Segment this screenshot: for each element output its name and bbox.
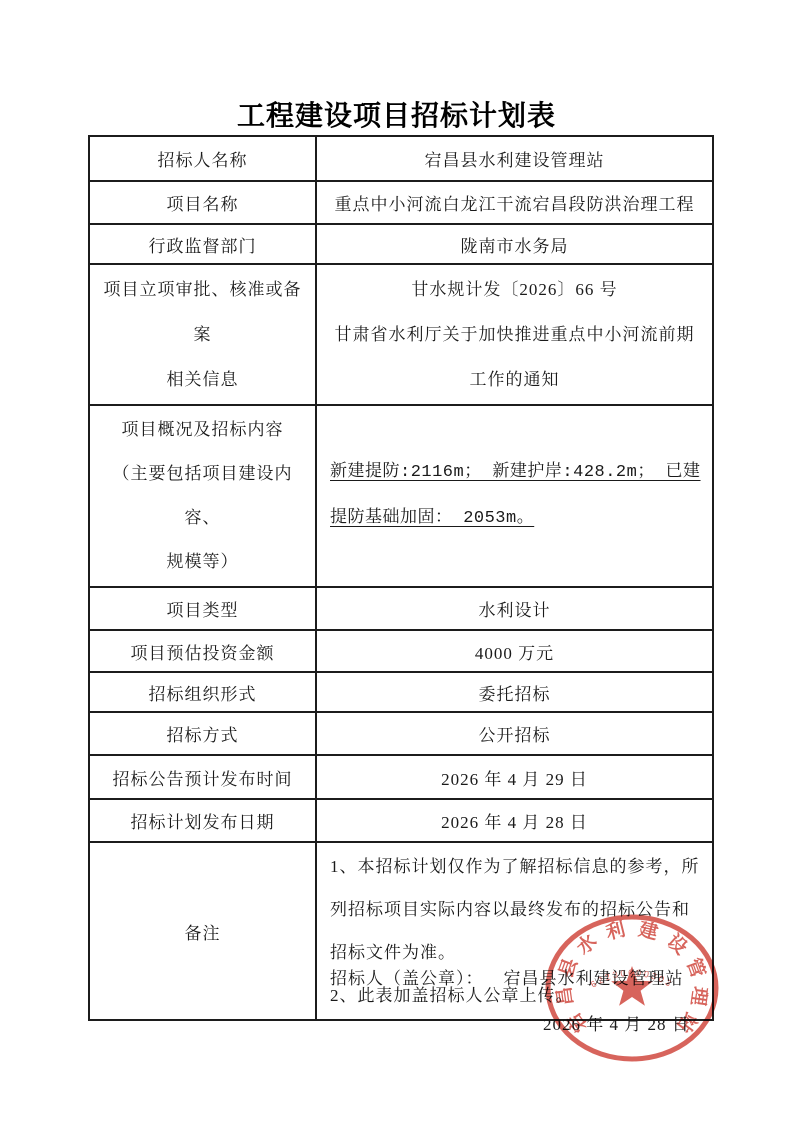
row-value: 水利设计 [316,587,713,630]
table-row: 项目概况及招标内容 （主要包括项目建设内容、 规模等） 新建提防:2116m； … [89,405,713,587]
row-label: 项目预估投资金额 [89,630,316,672]
row-value: 1、本招标计划仅作为了解招标信息的参考，所列招标项目实际内容以最终发布的招标公告… [316,842,713,1020]
label-line: （主要包括项目建设内容、 [95,452,310,540]
value-line: 甘水规计发〔2026〕66 号 [327,267,702,312]
value-line: 甘肃省水利厅关于加快推进重点中小河流前期工作的通知 [327,312,702,402]
table-row: 行政监督部门 陇南市水务局 [89,224,713,264]
row-label: 备注 [89,842,316,1020]
row-label: 招标方式 [89,712,316,755]
row-label: 行政监督部门 [89,224,316,264]
table-row: 项目类型 水利设计 [89,587,713,630]
table-row: 招标人名称 宕昌县水利建设管理站 [89,136,713,181]
signature-line: 招标人（盖公章）：宕昌县水利建设管理站 [330,964,684,989]
page-title: 工程建设项目招标计划表 [0,94,793,134]
row-label: 项目立项审批、核准或备案 相关信息 [89,264,316,405]
signature-date: 2026 年 4 月 28 日 [543,1010,690,1035]
table-row: 项目立项审批、核准或备案 相关信息 甘水规计发〔2026〕66 号 甘肃省水利厅… [89,264,713,405]
signer-label: 招标人（盖公章）： [330,969,484,988]
remark-line: 1、本招标计划仅作为了解招标信息的参考，所列招标项目实际内容以最终发布的招标公告… [330,845,704,974]
row-label: 项目名称 [89,181,316,224]
row-value: 甘水规计发〔2026〕66 号 甘肃省水利厅关于加快推进重点中小河流前期工作的通… [316,264,713,405]
table-row: 项目预估投资金额 4000 万元 [89,630,713,672]
table-row: 招标公告预计发布时间 2026 年 4 月 29 日 [89,755,713,799]
bidding-plan-table: 招标人名称 宕昌县水利建设管理站 项目名称 重点中小河流白龙江干流宕昌段防洪治理… [88,135,714,1021]
row-value: 4000 万元 [316,630,713,672]
row-label: 招标人名称 [89,136,316,181]
table-row: 招标方式 公开招标 [89,712,713,755]
row-label: 项目类型 [89,587,316,630]
document-page: 工程建设项目招标计划表 招标人名称 宕昌县水利建设管理站 项目名称 重点中小河流… [0,0,793,1122]
row-value: 委托招标 [316,672,713,712]
row-label: 招标组织形式 [89,672,316,712]
row-value: 2026 年 4 月 29 日 [316,755,713,799]
label-line: 规模等） [95,540,310,584]
table-row: 招标计划发布日期 2026 年 4 月 28 日 [89,799,713,842]
row-value: 公开招标 [316,712,713,755]
row-label: 招标计划发布日期 [89,799,316,842]
label-line: 项目立项审批、核准或备案 [95,267,310,357]
row-value: 2026 年 4 月 28 日 [316,799,713,842]
table-row: 备注 1、本招标计划仅作为了解招标信息的参考，所列招标项目实际内容以最终发布的招… [89,842,713,1020]
row-value: 宕昌县水利建设管理站 [316,136,713,181]
row-label: 招标公告预计发布时间 [89,755,316,799]
label-line: 项目概况及招标内容 [95,408,310,452]
label-line: 相关信息 [95,357,310,402]
project-scope-text: 新建提防:2116m； 新建护岸:428.2m； 已建提防基础加固： 2053m… [330,463,701,528]
row-value: 新建提防:2116m； 新建护岸:428.2m； 已建提防基础加固： 2053m… [316,405,713,587]
table-row: 项目名称 重点中小河流白龙江干流宕昌段防洪治理工程 [89,181,713,224]
row-label: 项目概况及招标内容 （主要包括项目建设内容、 规模等） [89,405,316,587]
table-row: 招标组织形式 委托招标 [89,672,713,712]
row-value: 陇南市水务局 [316,224,713,264]
signer-name: 宕昌县水利建设管理站 [504,969,684,988]
row-value: 重点中小河流白龙江干流宕昌段防洪治理工程 [316,181,713,224]
